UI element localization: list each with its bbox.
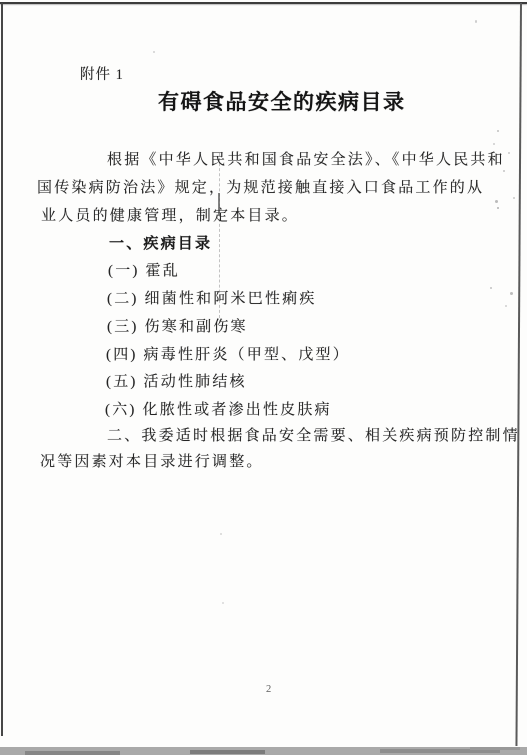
scan-speck [497, 130, 499, 132]
paragraph2-line1: 二、我委适时根据食品安全需要、相关疾病预防控制情 [107, 424, 520, 445]
scan-streak [190, 750, 265, 754]
scan-speck [513, 197, 515, 199]
scan-speck [475, 20, 477, 23]
paragraph1-line2: 国传染病防治法》规定，为规范接触直接入口食品工作的从 [37, 176, 484, 197]
scan-edge-left [1, 3, 3, 736]
scan-speck [220, 533, 222, 535]
scan-edge-top [0, 2, 527, 4]
disease-item-5: (五) 活动性肺结核 [106, 370, 247, 391]
disease-item-6: (六) 化脓性或者渗出性皮肤病 [105, 398, 332, 419]
scan-speck [493, 143, 495, 145]
disease-item-2: (二) 细菌性和阿米巴性痢疾 [107, 287, 317, 308]
scan-speck [495, 200, 498, 203]
paragraph1-line1: 根据《中华人民共和国食品安全法》、《中华人民共和 [107, 148, 505, 169]
scan-speck [497, 207, 499, 209]
scan-edge-right [515, 3, 521, 746]
scanned-document-page: 附件 1 有碍食品安全的疾病目录 根据《中华人民共和国食品安全法》、《中华人民共… [0, 0, 527, 755]
page-number: 2 [266, 684, 271, 695]
scan-speck [503, 170, 505, 172]
scan-speck [510, 292, 513, 295]
paragraph1-line3: 业人员的健康管理，制定本目录。 [41, 204, 299, 225]
paragraph2-line2: 况等因素对本目录进行调整。 [40, 450, 264, 471]
attachment-label: 附件 1 [80, 63, 124, 84]
scan-speck [505, 305, 507, 307]
document-title: 有碍食品安全的疾病目录 [158, 86, 406, 116]
scan-speck [153, 51, 155, 53]
disease-item-1: (一) 霍乱 [108, 259, 180, 280]
scan-streak [25, 751, 120, 755]
scanner-bottom-band [0, 747, 527, 755]
section1-heading: 一、疾病目录 [109, 232, 212, 253]
disease-item-4: (四) 病毒性肝炎（甲型、戊型） [106, 343, 350, 364]
scan-speck [508, 152, 510, 154]
scan-speck [222, 602, 224, 604]
scan-streak [470, 747, 520, 750]
scan-speck [490, 287, 492, 289]
disease-item-3: (三) 伤寒和副伤寒 [107, 315, 248, 336]
